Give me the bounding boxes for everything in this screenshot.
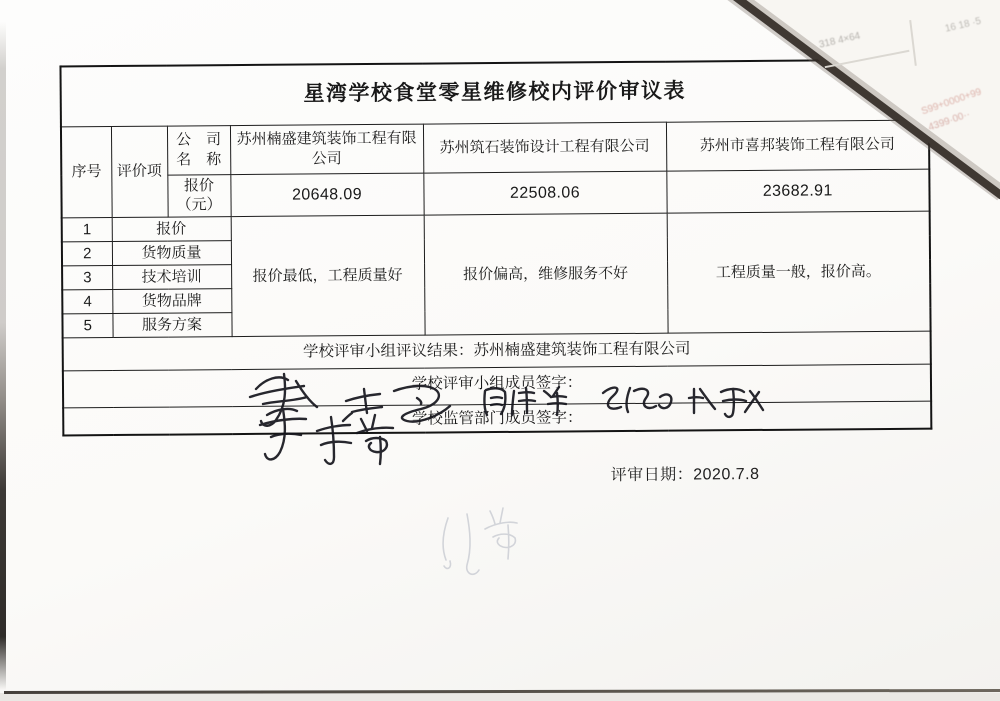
company-3-comment: 工程质量一般，报价高。: [667, 211, 931, 333]
item-5-no: 5: [62, 314, 112, 338]
header-item: 评价项: [111, 126, 168, 218]
company-2-name: 苏州筑石装饰设计工程有限公司: [423, 122, 666, 173]
scanned-document: 星湾学校食堂零星维修校内评价审议表 序号 评价项 公 司 名 称 苏州楠盛建筑装…: [0, 0, 1000, 701]
header-price-line1: 报价: [172, 176, 226, 196]
item-3-label: 技术培训: [112, 265, 231, 290]
item-2-label: 货物质量: [112, 241, 231, 266]
form-title: 星湾学校食堂零星维修校内评价审议表: [60, 60, 929, 127]
supervision-signature-row: 学校监管部门成员签字：: [63, 401, 931, 435]
review-date: 评审日期：2020.7.8: [611, 461, 760, 485]
header-company-name-line1: 公 司: [171, 130, 225, 150]
header-serial: 序号: [61, 126, 112, 218]
evaluation-table: 星湾学校食堂零星维修校内评价审议表 序号 评价项 公 司 名 称 苏州楠盛建筑装…: [59, 59, 932, 436]
company-2-price: 22508.06: [423, 171, 666, 216]
item-3-no: 3: [62, 266, 112, 290]
item-1-no: 1: [62, 218, 112, 242]
result-label: 学校评审小组评议结果：: [303, 342, 474, 360]
company-3-name: 苏州市喜邦装饰工程有限公司: [666, 120, 929, 171]
scanner-bed-strip: [0, 693, 1000, 701]
header-company-name-line2: 名 称: [172, 150, 226, 170]
header-price: 报价 （元）: [167, 174, 230, 217]
item-2-no: 2: [62, 242, 112, 266]
item-4-label: 货物品牌: [112, 289, 231, 314]
paper-left-edge-shadow: [0, 22, 6, 690]
review-team-signature-label: 学校评审小组成员签字：: [412, 374, 583, 392]
item-5-label: 服务方案: [112, 313, 231, 338]
company-1-comment: 报价最低，工程质量好: [231, 215, 425, 337]
company-1-price: 20648.09: [230, 173, 423, 217]
company-3-price: 23682.91: [666, 169, 929, 214]
header-company-name: 公 司 名 称: [167, 125, 230, 174]
company-1-name: 苏州楠盛建筑装饰工程有限公司: [230, 124, 423, 175]
company-2-comment: 报价偏高，维修服务不好: [424, 213, 668, 335]
result-value: 苏州楠盛建筑装饰工程有限公司: [473, 340, 690, 359]
supervision-signature-label: 学校监管部门成员签字：: [412, 409, 583, 427]
item-1-label: 报价: [112, 217, 231, 242]
form-content: 星湾学校食堂零星维修校内评价审议表 序号 评价项 公 司 名 称 苏州楠盛建筑装…: [0, 0, 1000, 701]
header-price-line2: （元）: [172, 195, 226, 215]
item-4-no: 4: [62, 290, 112, 314]
